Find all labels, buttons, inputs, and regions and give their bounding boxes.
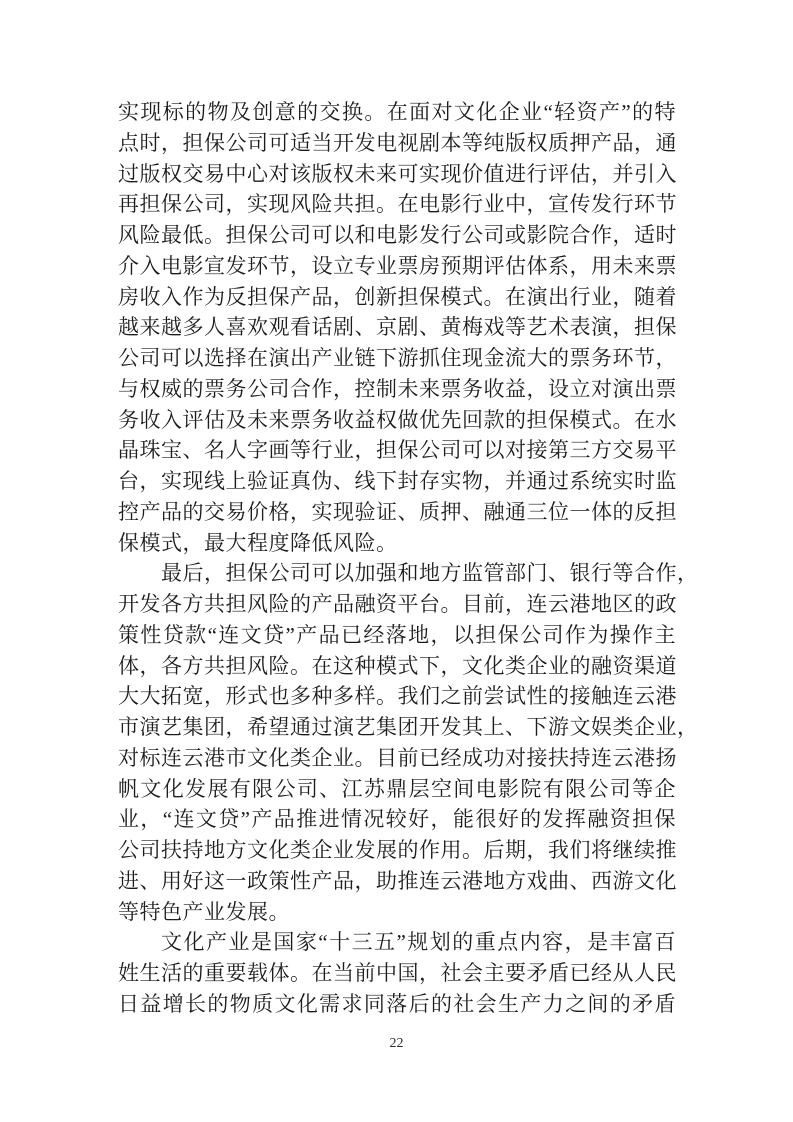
text-line: 策性贷款“连文贷”产品已经落地，以担保公司作为操作主: [118, 620, 676, 651]
text-line: 体，各方共担风险。在这种模式下，文化类企业的融资渠道: [118, 651, 676, 682]
text-line: 台，实现线上验证真伪、线下封存实物，并通过系统实时监: [118, 466, 676, 497]
text-line: 晶珠宝、名人字画等行业，担保公司可以对接第三方交易平: [118, 435, 676, 466]
text-line: 姓生活的重要载体。在当前中国，社会主要矛盾已经从人民: [118, 958, 676, 989]
text-line: 等特色产业发展。: [118, 897, 676, 928]
text-line: 帆文化发展有限公司、江苏鼎层空间电影院有限公司等企: [118, 774, 676, 805]
text-line: 再担保公司，实现风险共担。在电影行业中，宣传发行环节: [118, 189, 676, 220]
text-line: 控产品的交易价格，实现验证、质押、融通三位一体的反担: [118, 497, 676, 528]
text-line: 公司扶持地方文化类企业发展的作用。后期，我们将继续推: [118, 835, 676, 866]
text-line: 点时，担保公司可适当开发电视剧本等纯版权质押产品，通: [118, 128, 676, 159]
text-line: 介入电影宣发环节，设立专业票房预期评估体系，用未来票: [118, 251, 676, 282]
text-line: 房收入作为反担保产品，创新担保模式。在演出行业，随着: [118, 282, 676, 313]
text-line: 业，“连文贷”产品推进情况较好，能很好的发挥融资担保: [118, 804, 676, 835]
text-line: 日益增长的物质文化需求同落后的社会生产力之间的矛盾: [118, 989, 676, 1020]
text-line: 最后，担保公司可以加强和地方监管部门、银行等合作，: [118, 558, 676, 589]
text-line: 过版权交易中心对该版权未来可实现价值进行评估，并引入: [118, 159, 676, 190]
text-line: 文化产业是国家“十三五”规划的重点内容，是丰富百: [118, 927, 676, 958]
text-line: 风险最低。担保公司可以和电影发行公司或影院合作，适时: [118, 220, 676, 251]
text-line: 与权威的票务公司合作，控制未来票务收益，设立对演出票: [118, 374, 676, 405]
text-line: 开发各方共担风险的产品融资平台。目前，连云港地区的政: [118, 589, 676, 620]
text-line: 保模式，最大程度降低风险。: [118, 528, 676, 559]
document-page: 实现标的物及创意的交换。在面对文化企业“轻资产”的特点时，担保公司可适当开发电视…: [0, 0, 793, 1122]
text-block: 实现标的物及创意的交换。在面对文化企业“轻资产”的特点时，担保公司可适当开发电视…: [118, 97, 676, 1020]
text-line: 市演艺集团，希望通过演艺集团开发其上、下游文娱类企业，: [118, 712, 676, 743]
text-line: 对标连云港市文化类企业。目前已经成功对接扶持连云港扬: [118, 743, 676, 774]
text-line: 实现标的物及创意的交换。在面对文化企业“轻资产”的特: [118, 97, 676, 128]
text-line: 进、用好这一政策性产品，助推连云港地方戏曲、西游文化: [118, 866, 676, 897]
text-line: 大大拓宽，形式也多种多样。我们之前尝试性的接触连云港: [118, 681, 676, 712]
text-line: 公司可以选择在演出产业链下游抓住现金流大的票务环节，: [118, 343, 676, 374]
text-line: 越来越多人喜欢观看话剧、京剧、黄梅戏等艺术表演，担保: [118, 312, 676, 343]
page-number: 22: [0, 1036, 793, 1052]
text-line: 务收入评估及未来票务收益权做优先回款的担保模式。在水: [118, 405, 676, 436]
